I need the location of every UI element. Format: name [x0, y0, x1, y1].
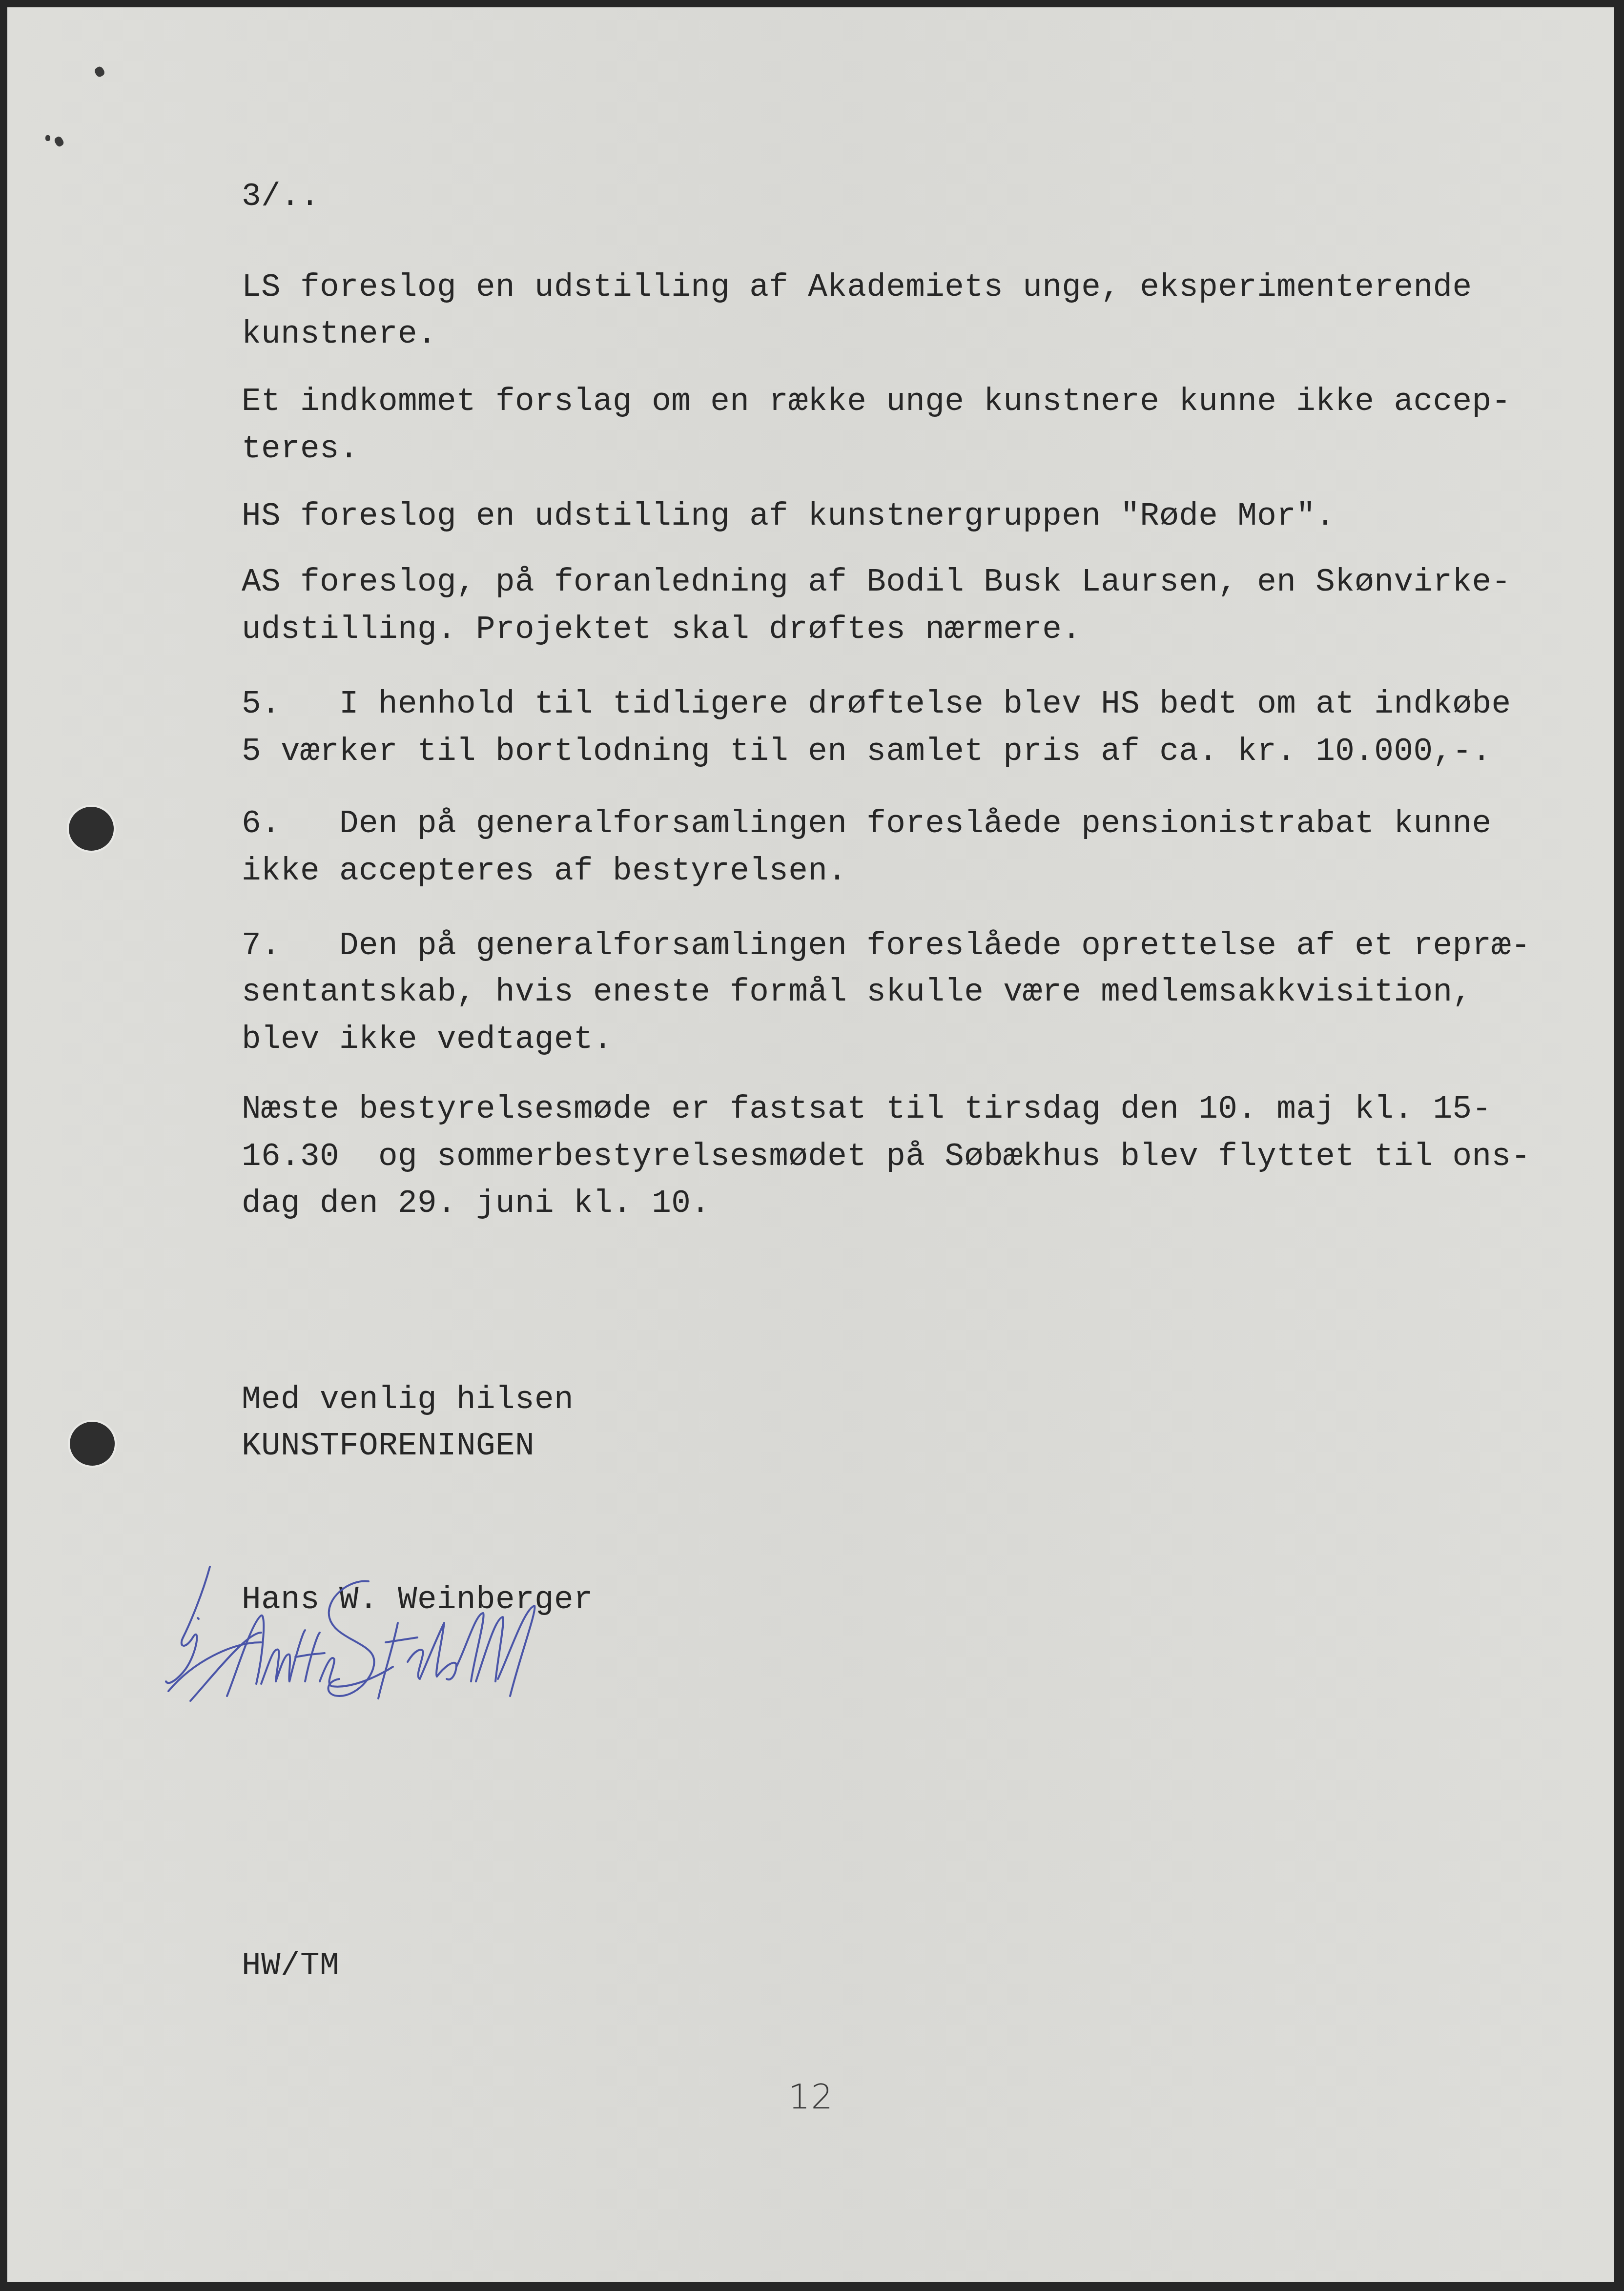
staple-tear-mark [45, 135, 50, 141]
next-meeting-line: dag den 29. juni kl. 10. [242, 1187, 710, 1220]
staple-tear-mark [53, 135, 65, 147]
closing-greeting: Med venlig hilsen [242, 1384, 574, 1416]
paragraph-as-line: AS foreslog, på foranledning af Bodil Bu… [242, 566, 1511, 598]
punch-hole [69, 807, 114, 851]
next-meeting-line: 16.30 og sommerbestyrelsesmødet på Søbæk… [242, 1141, 1530, 1173]
next-meeting-line: Næste bestyrelsesmøde er fastsat til tir… [242, 1093, 1491, 1125]
paragraph-ls-line: LS foreslog en udstilling af Akademiets … [242, 271, 1472, 304]
paragraph-hs-line: HS foreslog en udstilling af kunstnergru… [242, 500, 1335, 532]
paragraph-proposal-line: teres. [242, 433, 359, 465]
staple-tear-mark [93, 65, 106, 78]
item-6-line: ikke accepteres af bestyrelsen. [242, 855, 847, 887]
item-5-line: 5 værker til bortlodning til en samlet p… [242, 736, 1491, 768]
page-marker: 3/.. [242, 181, 320, 213]
handwritten-signature [164, 1564, 613, 1725]
paragraph-as-line: udstilling. Projektet skal drøftes nærme… [242, 614, 1081, 646]
handwritten-page-number: 12 [788, 2077, 834, 2117]
item-7-line: blev ikke vedtaget. [242, 1023, 613, 1056]
item-7-line: sentantskab, hvis eneste formål skulle v… [242, 976, 1472, 1008]
paragraph-proposal-line: Et indkommet forslag om en række unge ku… [242, 386, 1511, 418]
initials: HW/TM [242, 1950, 339, 1982]
item-5-line: 5. I henhold til tidligere drøftelse ble… [242, 688, 1511, 720]
punch-hole [70, 1422, 115, 1466]
closing-organization: KUNSTFORENINGEN [242, 1430, 534, 1462]
item-7-line: 7. Den på generalforsamlingen foreslåede… [242, 930, 1530, 962]
paragraph-ls-line: kunstnere. [242, 318, 437, 350]
document-page: 3/.. LS foreslog en udstilling af Akadem… [7, 7, 1614, 2282]
item-6-line: 6. Den på generalforsamlingen foreslåede… [242, 808, 1491, 840]
